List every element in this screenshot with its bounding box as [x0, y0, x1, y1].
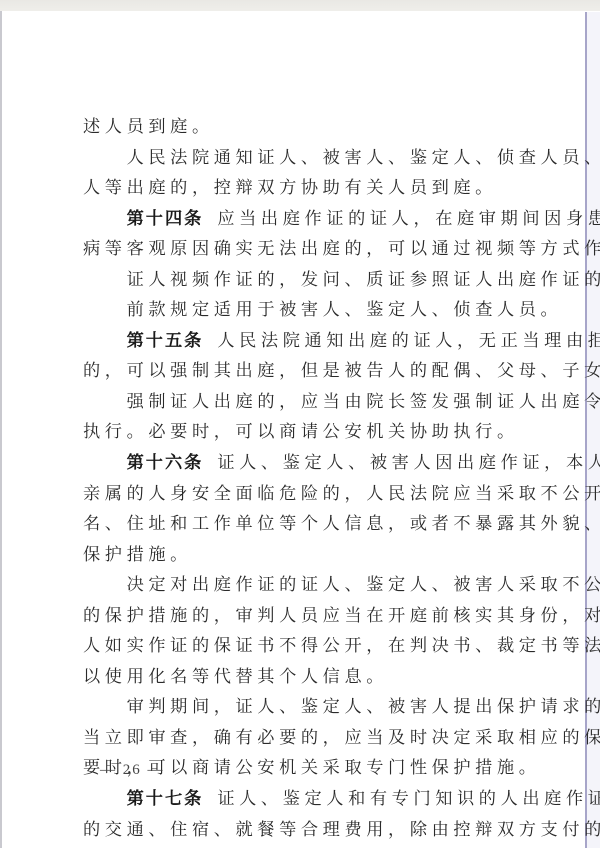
line-text: 证人、鉴定人和有专门知识的人出庭作证所支出 — [217, 789, 600, 809]
line-text: 亲属的人身安全面临危险的，人民法院应当采取不公开其真实姓 — [83, 484, 600, 504]
line-text: 强制证人出庭的，应当由院长签发强制证人出庭令，并由法警 — [127, 392, 600, 412]
text-line: 亲属的人身安全面临危险的，人民法院应当采取不公开其真实姓 — [83, 479, 523, 510]
line-text: 人等出庭的，控辩双方协助有关人员到庭。 — [83, 178, 497, 198]
text-line: 述人员到庭。 — [83, 112, 523, 143]
line-text: 保护措施。 — [83, 545, 192, 565]
scan-top-edge — [0, 0, 600, 11]
line-text: 名、住址和工作单位等个人信息，或者不暴露其外貌、真实声音等 — [83, 514, 600, 534]
page-number: — 26 — — [100, 762, 165, 779]
text-line: 人民法院通知证人、被害人、鉴定人、侦查人员、有专门知识的 — [83, 143, 523, 174]
line-text: 人民法院通知证人、被害人、鉴定人、侦查人员、有专门知识的 — [127, 148, 600, 168]
text-line: 决定对出庭作证的证人、鉴定人、被害人采取不公开个人信息 — [83, 570, 523, 601]
article-16-heading-line: 第十六条证人、鉴定人、被害人因出庭作证，本人或者其近 — [83, 448, 523, 479]
line-text: 人如实作证的保证书不得公开，在判决书、裁定书等法律文书中可 — [83, 636, 600, 656]
line-text: 的保护措施的，审判人员应当在开庭前核实其身份，对证人、鉴定 — [83, 606, 600, 626]
text-line: 以使用化名等代替其个人信息。 — [83, 662, 523, 693]
scan-left-edge — [0, 11, 2, 848]
article-number: 第十四条 — [127, 209, 204, 229]
line-text: 证人、鉴定人、被害人因出庭作证，本人或者其近 — [217, 453, 600, 473]
article-number: 第十七条 — [127, 789, 204, 809]
line-text: 决定对出庭作证的证人、鉴定人、被害人采取不公开个人信息 — [127, 575, 600, 595]
text-line: 保护措施。 — [83, 540, 523, 571]
line-text: 前款规定适用于被害人、鉴定人、侦查人员。 — [127, 300, 563, 320]
text-line: 的保护措施的，审判人员应当在开庭前核实其身份，对证人、鉴定 — [83, 601, 523, 632]
line-text: 应当出庭作证的证人，在庭审期间因身患严重疾 — [217, 209, 600, 229]
text-line: 执行。必要时，可以商请公安机关协助执行。 — [83, 417, 523, 448]
text-line: 证人视频作证的，发问、质证参照证人出庭作证的程序进行。 — [83, 265, 523, 296]
text-line: 强制证人出庭的，应当由院长签发强制证人出庭令，并由法警 — [83, 387, 523, 418]
line-text: 以使用化名等代替其个人信息。 — [83, 667, 388, 687]
text-line: 的交通、住宿、就餐等合理费用，除由控辩双方支付的以外，列入出 — [83, 815, 523, 846]
line-text: 当立即审查，确有必要的，应当及时决定采取相应的保护措施。必 — [83, 728, 600, 748]
line-text: 病等客观原因确实无法出庭的，可以通过视频等方式作证。 — [83, 239, 600, 259]
text-line: 前款规定适用于被害人、鉴定人、侦查人员。 — [83, 295, 523, 326]
text-line: 审判期间，证人、鉴定人、被害人提出保护请求的，人民法院应 — [83, 692, 523, 723]
text-line: 的，可以强制其出庭，但是被告人的配偶、父母、子女除外。 — [83, 356, 523, 387]
line-text: 的，可以强制其出庭，但是被告人的配偶、父母、子女除外。 — [83, 361, 600, 381]
line-text: 人民法院通知出庭的证人，无正当理由拒不出庭 — [217, 331, 600, 351]
line-text: 的交通、住宿、就餐等合理费用，除由控辩双方支付的以外，列入出 — [83, 820, 600, 840]
text-line: 人等出庭的，控辩双方协助有关人员到庭。 — [83, 173, 523, 204]
line-text: 证人视频作证的，发问、质证参照证人出庭作证的程序进行。 — [127, 270, 600, 290]
text-line: 病等客观原因确实无法出庭的，可以通过视频等方式作证。 — [83, 234, 523, 265]
line-text: 执行。必要时，可以商请公安机关协助执行。 — [83, 422, 519, 442]
article-15-heading-line: 第十五条人民法院通知出庭的证人，无正当理由拒不出庭 — [83, 326, 523, 357]
text-line: 名、住址和工作单位等个人信息，或者不暴露其外貌、真实声音等 — [83, 509, 523, 540]
article-number: 第十六条 — [127, 453, 204, 473]
scan-right-margin — [587, 12, 600, 848]
article-number: 第十五条 — [127, 331, 204, 351]
article-14-heading-line: 第十四条应当出庭作证的证人，在庭审期间因身患严重疾 — [83, 204, 523, 235]
text-line: 当立即审查，确有必要的，应当及时决定采取相应的保护措施。必 — [83, 723, 523, 754]
line-text: 审判期间，证人、鉴定人、被害人提出保护请求的，人民法院应 — [127, 697, 600, 717]
document-page-body: 述人员到庭。 人民法院通知证人、被害人、鉴定人、侦查人员、有专门知识的 人等出庭… — [83, 112, 523, 845]
text-line: 人如实作证的保证书不得公开，在判决书、裁定书等法律文书中可 — [83, 631, 523, 662]
article-17-heading-line: 第十七条证人、鉴定人和有专门知识的人出庭作证所支出 — [83, 784, 523, 815]
line-text: 述人员到庭。 — [83, 117, 214, 137]
